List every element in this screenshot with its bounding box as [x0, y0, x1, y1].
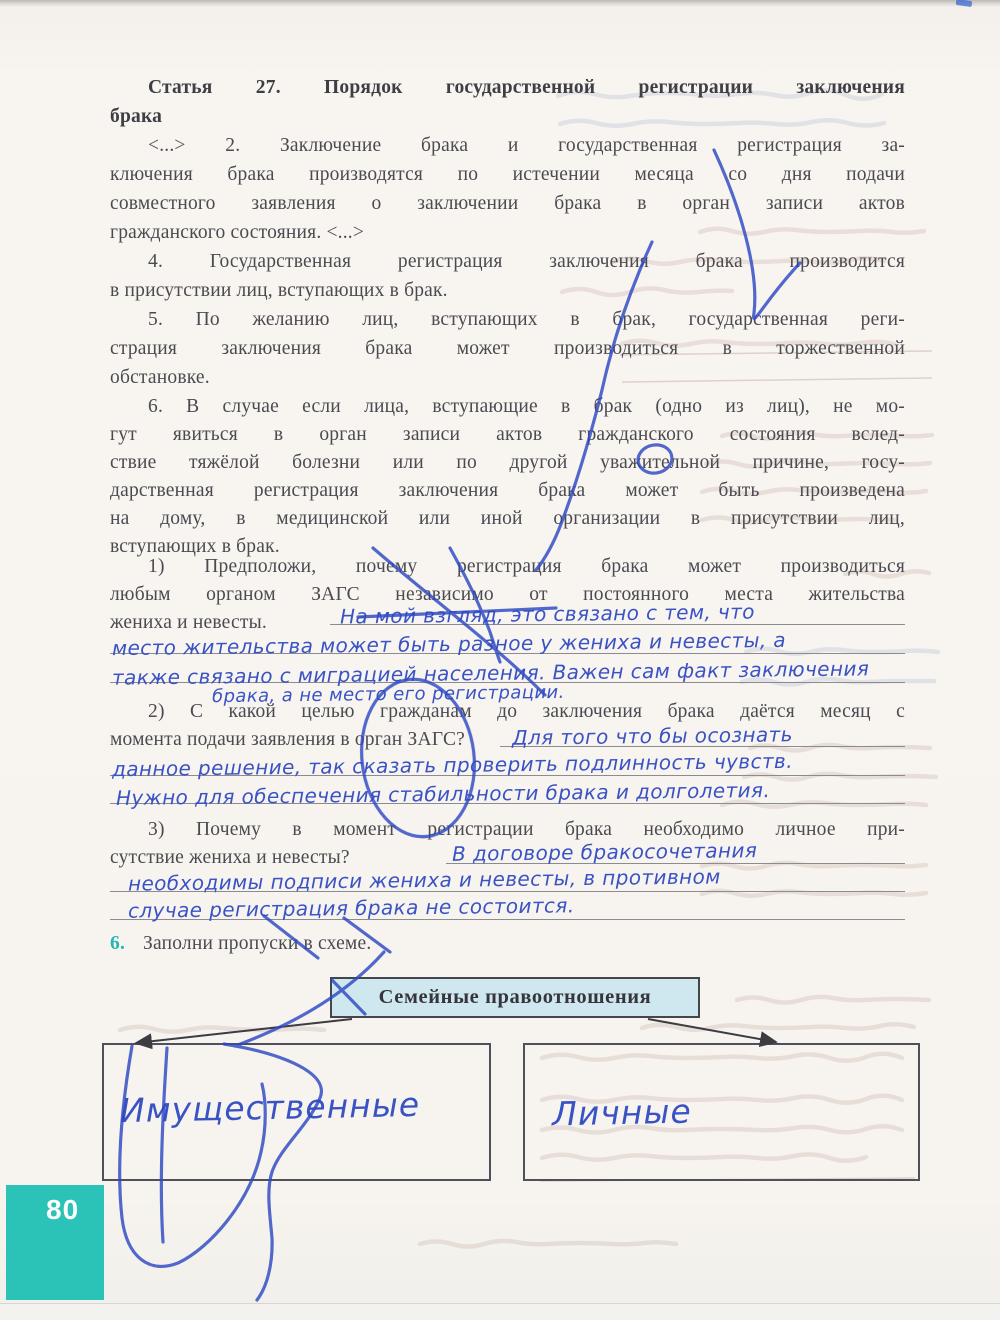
paragraph-line: ключения брака производятся по истечении…	[110, 163, 905, 187]
handwritten-left-box-label: Имущественные	[120, 1085, 421, 1130]
handwritten-answer-line: брака, а не место его регистрации.	[212, 682, 565, 707]
diagram-arrows	[136, 1019, 776, 1043]
handwritten-answer-line: данное решение, так сказать проверить по…	[112, 749, 793, 781]
paragraph-line: дарственная регистрация заключения брака…	[110, 479, 905, 503]
diagram-root-label: Семейные правоотношения	[379, 986, 652, 1009]
handwritten-answer-line: Для того что бы осознать	[512, 722, 793, 749]
paragraph-line: 6. В случае если лица, вступающие в брак…	[148, 395, 905, 419]
handwritten-right-box-label: Личные	[552, 1092, 692, 1134]
paragraph-line: на дому, в медицинской или иной организа…	[110, 507, 905, 531]
question-line: 3) Почему в момент регистрации брака нео…	[148, 818, 905, 842]
page-number-badge: 80	[6, 1185, 104, 1300]
paragraph-line: гражданского состояния. <...>	[110, 221, 364, 245]
question-line: сутствие жениха и невесты?	[110, 846, 350, 870]
paragraph-line: ствие тяжёлой болезни или по другой уваж…	[110, 451, 905, 475]
article-title-line: брака	[110, 105, 162, 129]
paragraph-line: 4. Государственная регистрация заключени…	[148, 250, 905, 274]
paragraph-line: 5. По желанию лиц, вступающих в брак, го…	[148, 308, 905, 332]
paragraph-line: в присутствии лиц, вступающих в брак.	[110, 279, 448, 303]
question-line: 1) Предположи, почему регистрация брака …	[148, 555, 905, 579]
handwritten-answer-line: На мой взгляд, это связано с тем, что	[340, 599, 755, 628]
paragraph-line: совместного заявления о заключении брака…	[110, 192, 905, 216]
paragraph-line: <...> 2. Заключение брака и государствен…	[148, 134, 905, 158]
task-number: 6.	[110, 932, 125, 956]
question-line: момента подачи заявления в орган ЗАГС?	[110, 728, 465, 752]
paragraph-line: страция заключения брака может производи…	[110, 337, 905, 361]
handwritten-answer-line: В договоре бракосочетания	[452, 838, 758, 866]
scan-bottom-edge	[0, 1303, 1000, 1320]
task-instruction: Заполни пропуски в схеме.	[143, 932, 371, 956]
scan-top-edge	[0, 0, 1000, 7]
workbook-page: Статья 27. Порядок государственной регис…	[0, 0, 1000, 1320]
diagram-root-box: Семейные правоотношения	[330, 977, 700, 1018]
paragraph-line: обстановке.	[110, 366, 210, 390]
question-line: жениха и невесты.	[110, 611, 267, 635]
paragraph-line: гут явиться в орган записи актов граждан…	[110, 423, 905, 447]
article-title-line: Статья 27. Порядок государственной регис…	[148, 76, 905, 100]
page-number: 80	[46, 1194, 79, 1226]
handwritten-answer-line: Нужно для обеспечения стабильности брака…	[116, 778, 770, 810]
